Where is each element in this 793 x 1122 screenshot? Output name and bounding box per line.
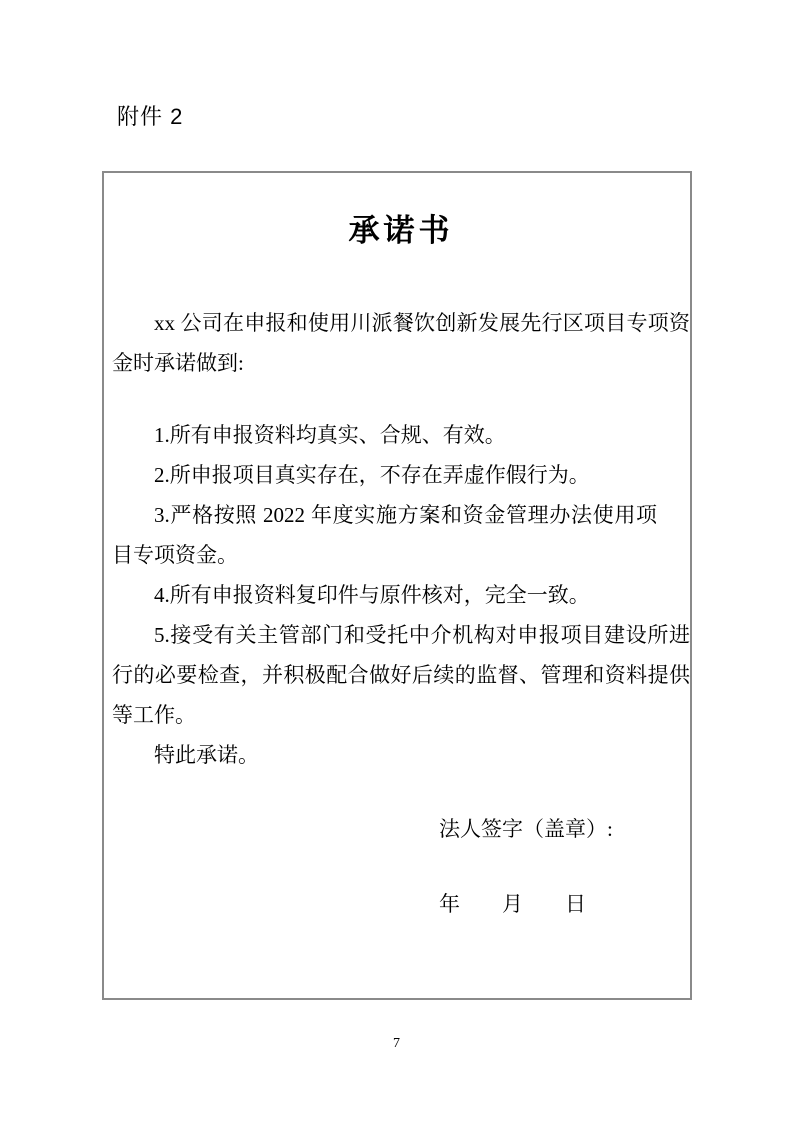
letter-title: 承诺书 (112, 211, 690, 251)
commitment-item-5: 5.接受有关主管部门和受托中介机构对申报项目建设所进行的必要检查，并积极配合做好… (112, 615, 690, 735)
commitment-item-1: 1.所有申报资料均真实、合规、有效。 (112, 415, 690, 455)
closing-statement: 特此承诺。 (112, 735, 690, 775)
page-number: 7 (0, 1036, 793, 1052)
commitment-item-3: 3.严格按照 2022 年度实施方案和资金管理办法使用项目专项资金。 (112, 495, 657, 575)
date-line: 年 月 日 (439, 884, 690, 924)
signature-block: 法人签字（盖章）: 年 月 日 (112, 809, 690, 924)
attachment-label: 附件 2 (117, 100, 183, 131)
commitment-letter-box: 承诺书 xx 公司在申报和使用川派餐饮创新发展先行区项目专项资金时承诺做到: 1… (102, 171, 692, 1000)
commitment-item-2: 2.所申报项目真实存在，不存在弄虚作假行为。 (112, 455, 690, 495)
signature-label: 法人签字（盖章）: (439, 809, 690, 849)
intro-paragraph: xx 公司在申报和使用川派餐饮创新发展先行区项目专项资金时承诺做到: (112, 303, 690, 383)
commitment-items: 1.所有申报资料均真实、合规、有效。 2.所申报项目真实存在，不存在弄虚作假行为… (112, 415, 690, 735)
commitment-item-4: 4.所有申报资料复印件与原件核对，完全一致。 (112, 575, 690, 615)
